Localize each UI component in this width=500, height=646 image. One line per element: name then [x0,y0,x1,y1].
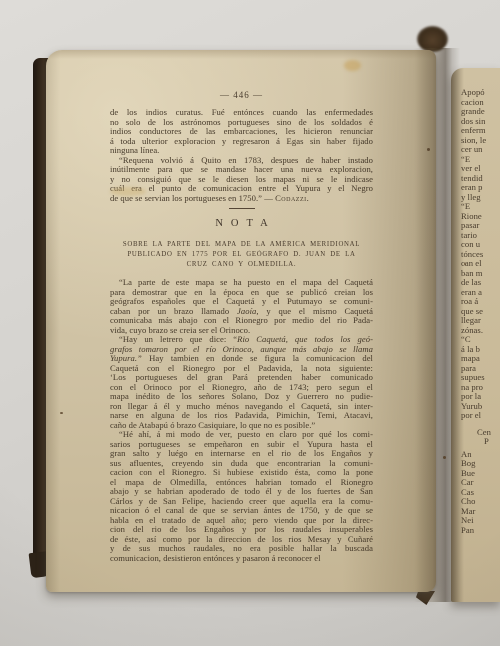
right-page: Apopócaciongrandedos sinenfermsion, lece… [451,68,500,602]
text-line: indios conductores de las embarcaciones,… [110,127,373,137]
text-line: ron llegar á él y mucho ménos navegando … [110,402,373,412]
text-run: Hay tambien en donde se figura la comuni… [142,354,373,363]
text-run: caban por un brazo llamado [110,307,237,316]
left-page-textflow: de los indios curatus. Fué entónces cuan… [110,108,373,563]
text-line: cion del rio de los Engaños y por los ra… [110,525,373,535]
text-line: habla en el tratado de aquel año; pero v… [110,516,373,526]
text-line: con el Orinoco por el Rionegro, año de 1… [110,383,373,393]
text-line: caño de Atabapú ó brazo Casiquiare, lo q… [110,421,373,431]
text-line: Caquetá con el Rionegro por el Padavida,… [110,364,373,374]
text-line: SOBRE LA PARTE DEL MAPA DE LA AMÉRICA ME… [110,240,373,250]
paragraph: “La parte de este mapa se ha puesto en e… [110,278,373,335]
page-number: — 446 — [110,90,373,100]
text-line: de éste, así como por la direccion de lo… [110,535,373,545]
text-line: comunicacion, desistieron entónces y pas… [110,554,373,564]
text-line: de que se servian los portugueses en 175… [110,194,373,204]
text-line: cacion con el Rionegro. Si hubiese exist… [110,468,373,478]
text-line: gran salto y luégo en internarse en el r… [110,449,373,459]
paragraph: “Hé ahí, á mi modo de ver, puesto en cla… [110,430,373,563]
note-subtitle: SOBRE LA PARTE DEL MAPA DE LA AMÉRICA ME… [110,240,373,270]
text-line: P [461,437,500,447]
fox-speck [443,456,446,459]
binding-notch [416,591,435,605]
paragraph: de los indios curatus. Fué entónces cuan… [110,108,373,156]
text-line: nicacion ó el canal de que se servian án… [110,506,373,516]
intro-paragraphs: de los indios curatus. Fué entónces cuan… [110,108,373,203]
text-line: y de sus muchos raudales, no era posible… [110,544,373,554]
text-line: cuál era el punto de comunicacion entre … [110,184,373,194]
italic-text: Rio Caquetá, que todos los geó- [237,335,373,344]
spine-binding-icon [417,26,448,52]
text-line: el mapa de Olmedilla, entónces habrian t… [110,478,373,488]
text-line: Pan [461,526,500,536]
text-line: narse en alguna de los rios Padavida, Pi… [110,411,373,421]
text-run: de que se servian los portugueses en 175… [110,194,275,203]
text-line: sus afluentes, creyendo sin duda que enc… [110,459,373,469]
note-heading: NOTA [110,218,373,230]
text-line: “Hay un letrero que dice: “Rio Caquetá, … [110,335,373,345]
text-line: caban por un brazo llamado Jaoía, y que … [110,307,373,317]
note-paragraphs: “La parte de este mapa se ha puesto en e… [110,278,373,563]
book-photo: — 446 — de los indios curatus. Fué entón… [0,0,500,646]
right-page-text: Apopócaciongrandedos sinenfermsion, lece… [461,88,500,535]
text-line: por el [461,411,500,421]
text-line: á toda ulterior exploracion y regresaron… [110,137,373,147]
italic-text: grafos tomaron por el río Orinoco, aunqu… [110,345,373,354]
smallcaps-text: Codazzi. [275,194,309,203]
text-line: de los indios curatus. Fué entónces cuan… [110,108,373,118]
text-run: “Hay un letrero que dice: “ [119,335,237,344]
text-line: inútilmente para que se mandase hacer un… [110,165,373,175]
text-line: abajo y se habrian apoderado de todo él … [110,487,373,497]
paragraph: “Requena volvió á Quito en 1783, despues… [110,156,373,204]
text-line: PUBLICADO EN 1775 POR EL GEÓGRAFO D. JUA… [110,250,373,260]
text-line: grafos tomaron por el río Orinoco, aunqu… [110,345,373,355]
text-line: vida, cuyo brazo se creia ser el Orinoco… [110,326,373,336]
text-line: sarios portugueses se empeñaron en subir… [110,440,373,450]
text-line: no solo de los astrónomos portugueses si… [110,118,373,128]
left-page: — 446 — de los indios curatus. Fué entón… [46,50,436,592]
text-line: Cárlos y de San Felipe, haciendo creer q… [110,497,373,507]
text-line: Cen [461,428,500,438]
text-line: Yupura.” Hay tambien en donde se figura … [110,354,373,364]
text-line: para demostrar que en la época en que se… [110,288,373,298]
text-line: mapa inédito de los señores Solano, Doz … [110,392,373,402]
text-line: “Hé ahí, á mi modo de ver, puesto en cla… [110,430,373,440]
italic-text: Yupura.” [110,354,142,363]
text-line: “La parte de este mapa se ha puesto en e… [110,278,373,288]
text-line: ‘Los portugueses del gran Pará pretenden… [110,373,373,383]
right-page-center-lines: CenP [461,428,500,447]
right-page-column: Apopócaciongrandedos sinenfermsion, lece… [461,88,500,421]
italic-text: Jaoía [237,307,256,316]
text-line: y no consiguió que se le diesen los mapa… [110,175,373,185]
section-divider [229,208,255,209]
text-run: , y que el mismo Caquetá [256,307,373,316]
text-line: comunicaba más abajo con el Rionegro por… [110,316,373,326]
paragraph: “Hay un letrero que dice: “Rio Caquetá, … [110,335,373,430]
text-line: geógrafos españoles que el Caquetá y el … [110,297,373,307]
right-page-list: AnBogBueCarCasChoMarNeiPan [461,450,500,536]
text-line: ninguna línea. [110,146,373,156]
text-line: CRUZ CANO Y OLMEDILLA. [110,260,373,270]
text-line: “Requena volvió á Quito en 1783, despues… [110,156,373,166]
